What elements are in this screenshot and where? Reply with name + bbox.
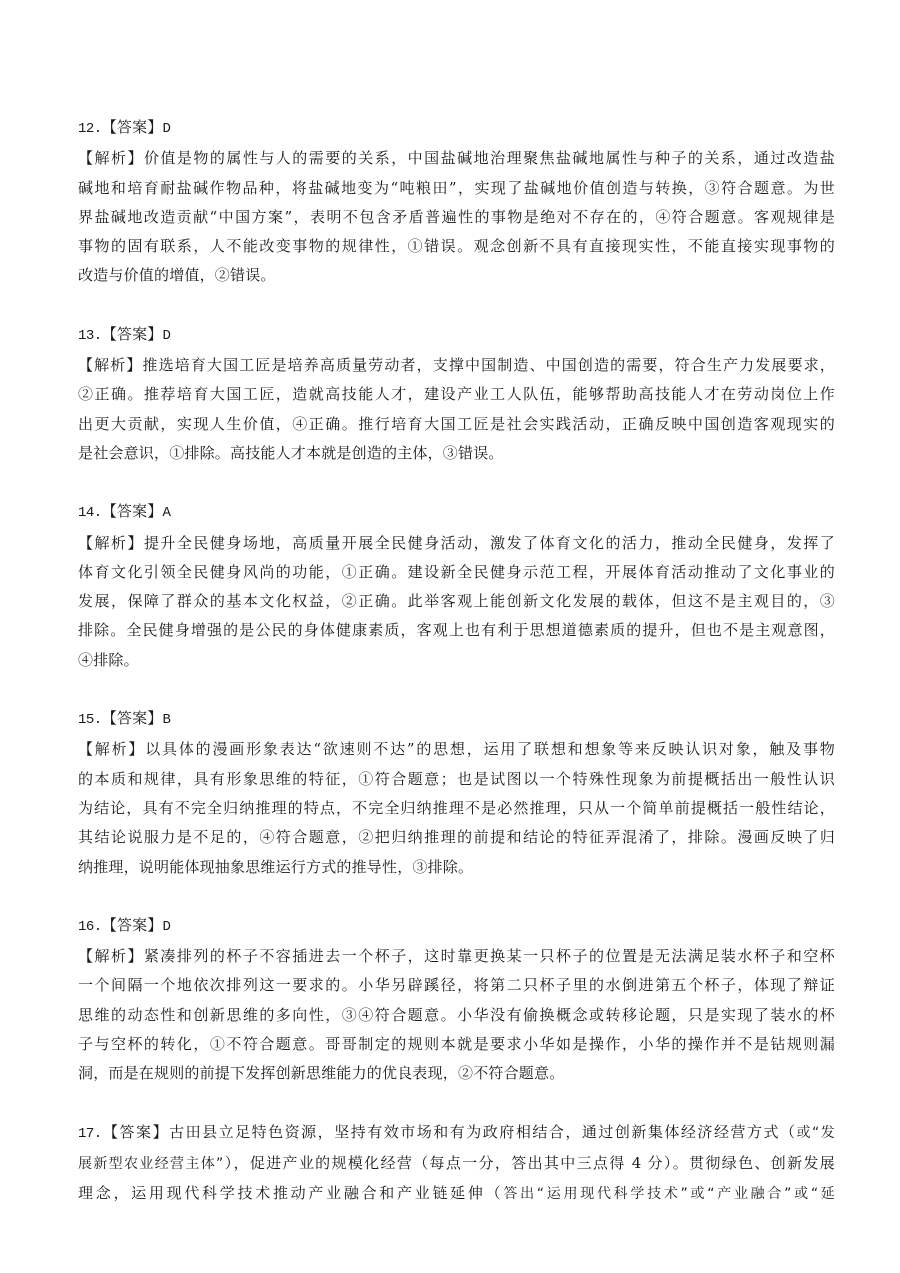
analysis-line: 为结论，具有不完全归纳推理的特点，不完全归纳推理不是必然推理，只从一个简单前提概…	[78, 794, 835, 823]
answer-item-12: 12.【答案】D 【解析】价值是物的属性与人的需要的关系，中国盐碱地治理聚焦盐碱…	[78, 113, 835, 291]
analysis-line: 界盐碱地改造贡献“中国方案”，表明不包含矛盾普遍性的事物是绝对不存在的，④符合题…	[78, 203, 835, 232]
answer-document: 12.【答案】D 【解析】价值是物的属性与人的需要的关系，中国盐碱地治理聚焦盐碱…	[78, 113, 835, 1239]
answer-line: 17.【答案】古田县立足特色资源，坚持有效市场和有为政府相结合，通过创新集体经济…	[78, 1118, 835, 1149]
analysis-line: 【解析】提升全民健身场地，高质量开展全民健身活动，激发了体育文化的活力，推动全民…	[78, 529, 835, 558]
analysis-line: 改造与价值的增值，②错误。	[78, 261, 835, 290]
analysis-line: 体育文化引领全民健身风尚的功能，①正确。建设新全民健身示范工程，开展体育活动推动…	[78, 558, 835, 587]
analysis-line: 发展，保障了群众的基本文化权益，②正确。此举客观上能创新文化发展的载体，但这不是…	[78, 587, 835, 616]
answer-heading: 15.【答案】B	[78, 704, 835, 735]
answer-item-16: 16.【答案】D 【解析】紧凑排列的杯子不容插进去一个杯子，这时靠更换某一只杯子…	[78, 911, 835, 1089]
analysis-line: ④排除。	[78, 646, 835, 675]
analysis-line: 【解析】价值是物的属性与人的需要的关系，中国盐碱地治理聚焦盐碱地属性与种子的关系…	[78, 144, 835, 173]
answer-heading: 13.【答案】D	[78, 320, 835, 351]
answer-letter: B	[163, 712, 171, 728]
answer-item-14: 14.【答案】A 【解析】提升全民健身场地，高质量开展全民健身活动，激发了体育文…	[78, 497, 835, 675]
answer-heading: 16.【答案】D	[78, 911, 835, 942]
analysis-tag: 【解析】	[78, 740, 145, 758]
analysis-line: 排除。全民健身增强的是公民的身体健康素质，客观上也有利于思想道德素质的提升，但也…	[78, 616, 835, 645]
analysis-tag: 【解析】	[78, 356, 143, 374]
answer-line: 理念，运用现代科学技术推动产业融合和产业链延伸（答出“运用现代科学技术”或“产业…	[78, 1179, 835, 1209]
analysis-line: 是社会意识，①排除。高技能人才本就是创造的主体，③错误。	[78, 439, 835, 468]
analysis-line: 事物的固有联系，人不能改变事物的规律性，①错误。观念创新不具有直接现实性，不能直…	[78, 232, 835, 261]
answer-letter: D	[163, 328, 171, 344]
analysis-line: ②正确。推荐培育大国工匠，造就高技能人才，建设产业工人队伍，能够帮助高技能人才在…	[78, 380, 835, 409]
analysis-tag: 【解析】	[78, 534, 144, 552]
analysis-line: 子与空杯的转化，①不符合题意。哥哥制定的规则本就是要求小华如是操作，小华的操作并…	[78, 1030, 835, 1059]
answer-item-13: 13.【答案】D 【解析】推选培育大国工匠是培养高质量劳动者，支撑中国制造、中国…	[78, 320, 835, 468]
scoring-note: 答出“运用现代科学技术”或“产业融合”或“延	[503, 1186, 835, 1202]
answer-heading: 14.【答案】A	[78, 497, 835, 528]
scoring-note: 展新型农业经营主体”	[78, 1156, 224, 1172]
analysis-line: 【解析】紧凑排列的杯子不容插进去一个杯子，这时靠更换某一只杯子的位置是无法满足装…	[78, 942, 835, 971]
analysis-line: 【解析】推选培育大国工匠是培养高质量劳动者，支撑中国制造、中国创造的需要，符合生…	[78, 351, 835, 380]
analysis-line: 思维的动态性和创新思维的多向性，③④符合题意。小华没有偷换概念或转移论题，只是实…	[78, 1001, 835, 1030]
analysis-line: 【解析】以具体的漫画形象表达“欲速则不达”的思想，运用了联想和想象等来反映认识对…	[78, 735, 835, 764]
analysis-tag: 【解析】	[78, 947, 144, 965]
answer-letter: D	[163, 121, 171, 137]
answer-line: 展新型农业经营主体”），促进产业的规模化经营（每点一分，答出其中三点得 4 分）…	[78, 1149, 835, 1179]
analysis-line: 一个间隔一个地依次排列这一要求的。小华另辟蹊径，将第二只杯子里的水倒进第五个杯子…	[78, 971, 835, 1000]
answer-letter: D	[163, 919, 171, 935]
answer-letter: A	[163, 505, 171, 521]
analysis-line: 其结论说服力是不足的，④符合题意，②把归纳推理的前提和结论的特征弄混淆了，排除。…	[78, 823, 835, 852]
analysis-line: 的本质和规律，具有形象思维的特征，①符合题意；也是试图以一个特殊性现象为前提概括…	[78, 765, 835, 794]
scoring-note: 或“发	[797, 1125, 835, 1141]
answer-heading: 12.【答案】D	[78, 113, 835, 144]
analysis-line: 出更大贡献，实现人生价值，④正确。推行培育大国工匠是社会实践活动，正确反映中国创…	[78, 410, 835, 439]
analysis-line: 纳推理，说明能体现抽象思维运行方式的推导性，③排除。	[78, 853, 835, 882]
analysis-line: 碱地和培育耐盐碱作物品种，将盐碱地变为“吨粮田”，实现了盐碱地价值创造与转换，③…	[78, 174, 835, 203]
answer-item-17: 17.【答案】古田县立足特色资源，坚持有效市场和有为政府相结合，通过创新集体经济…	[78, 1118, 835, 1210]
answer-item-15: 15.【答案】B 【解析】以具体的漫画形象表达“欲速则不达”的思想，运用了联想和…	[78, 704, 835, 882]
analysis-tag: 【解析】	[78, 149, 144, 167]
analysis-line: 洞，而是在规则的前提下发挥创新思维能力的优良表现，②不符合题意。	[78, 1059, 835, 1088]
